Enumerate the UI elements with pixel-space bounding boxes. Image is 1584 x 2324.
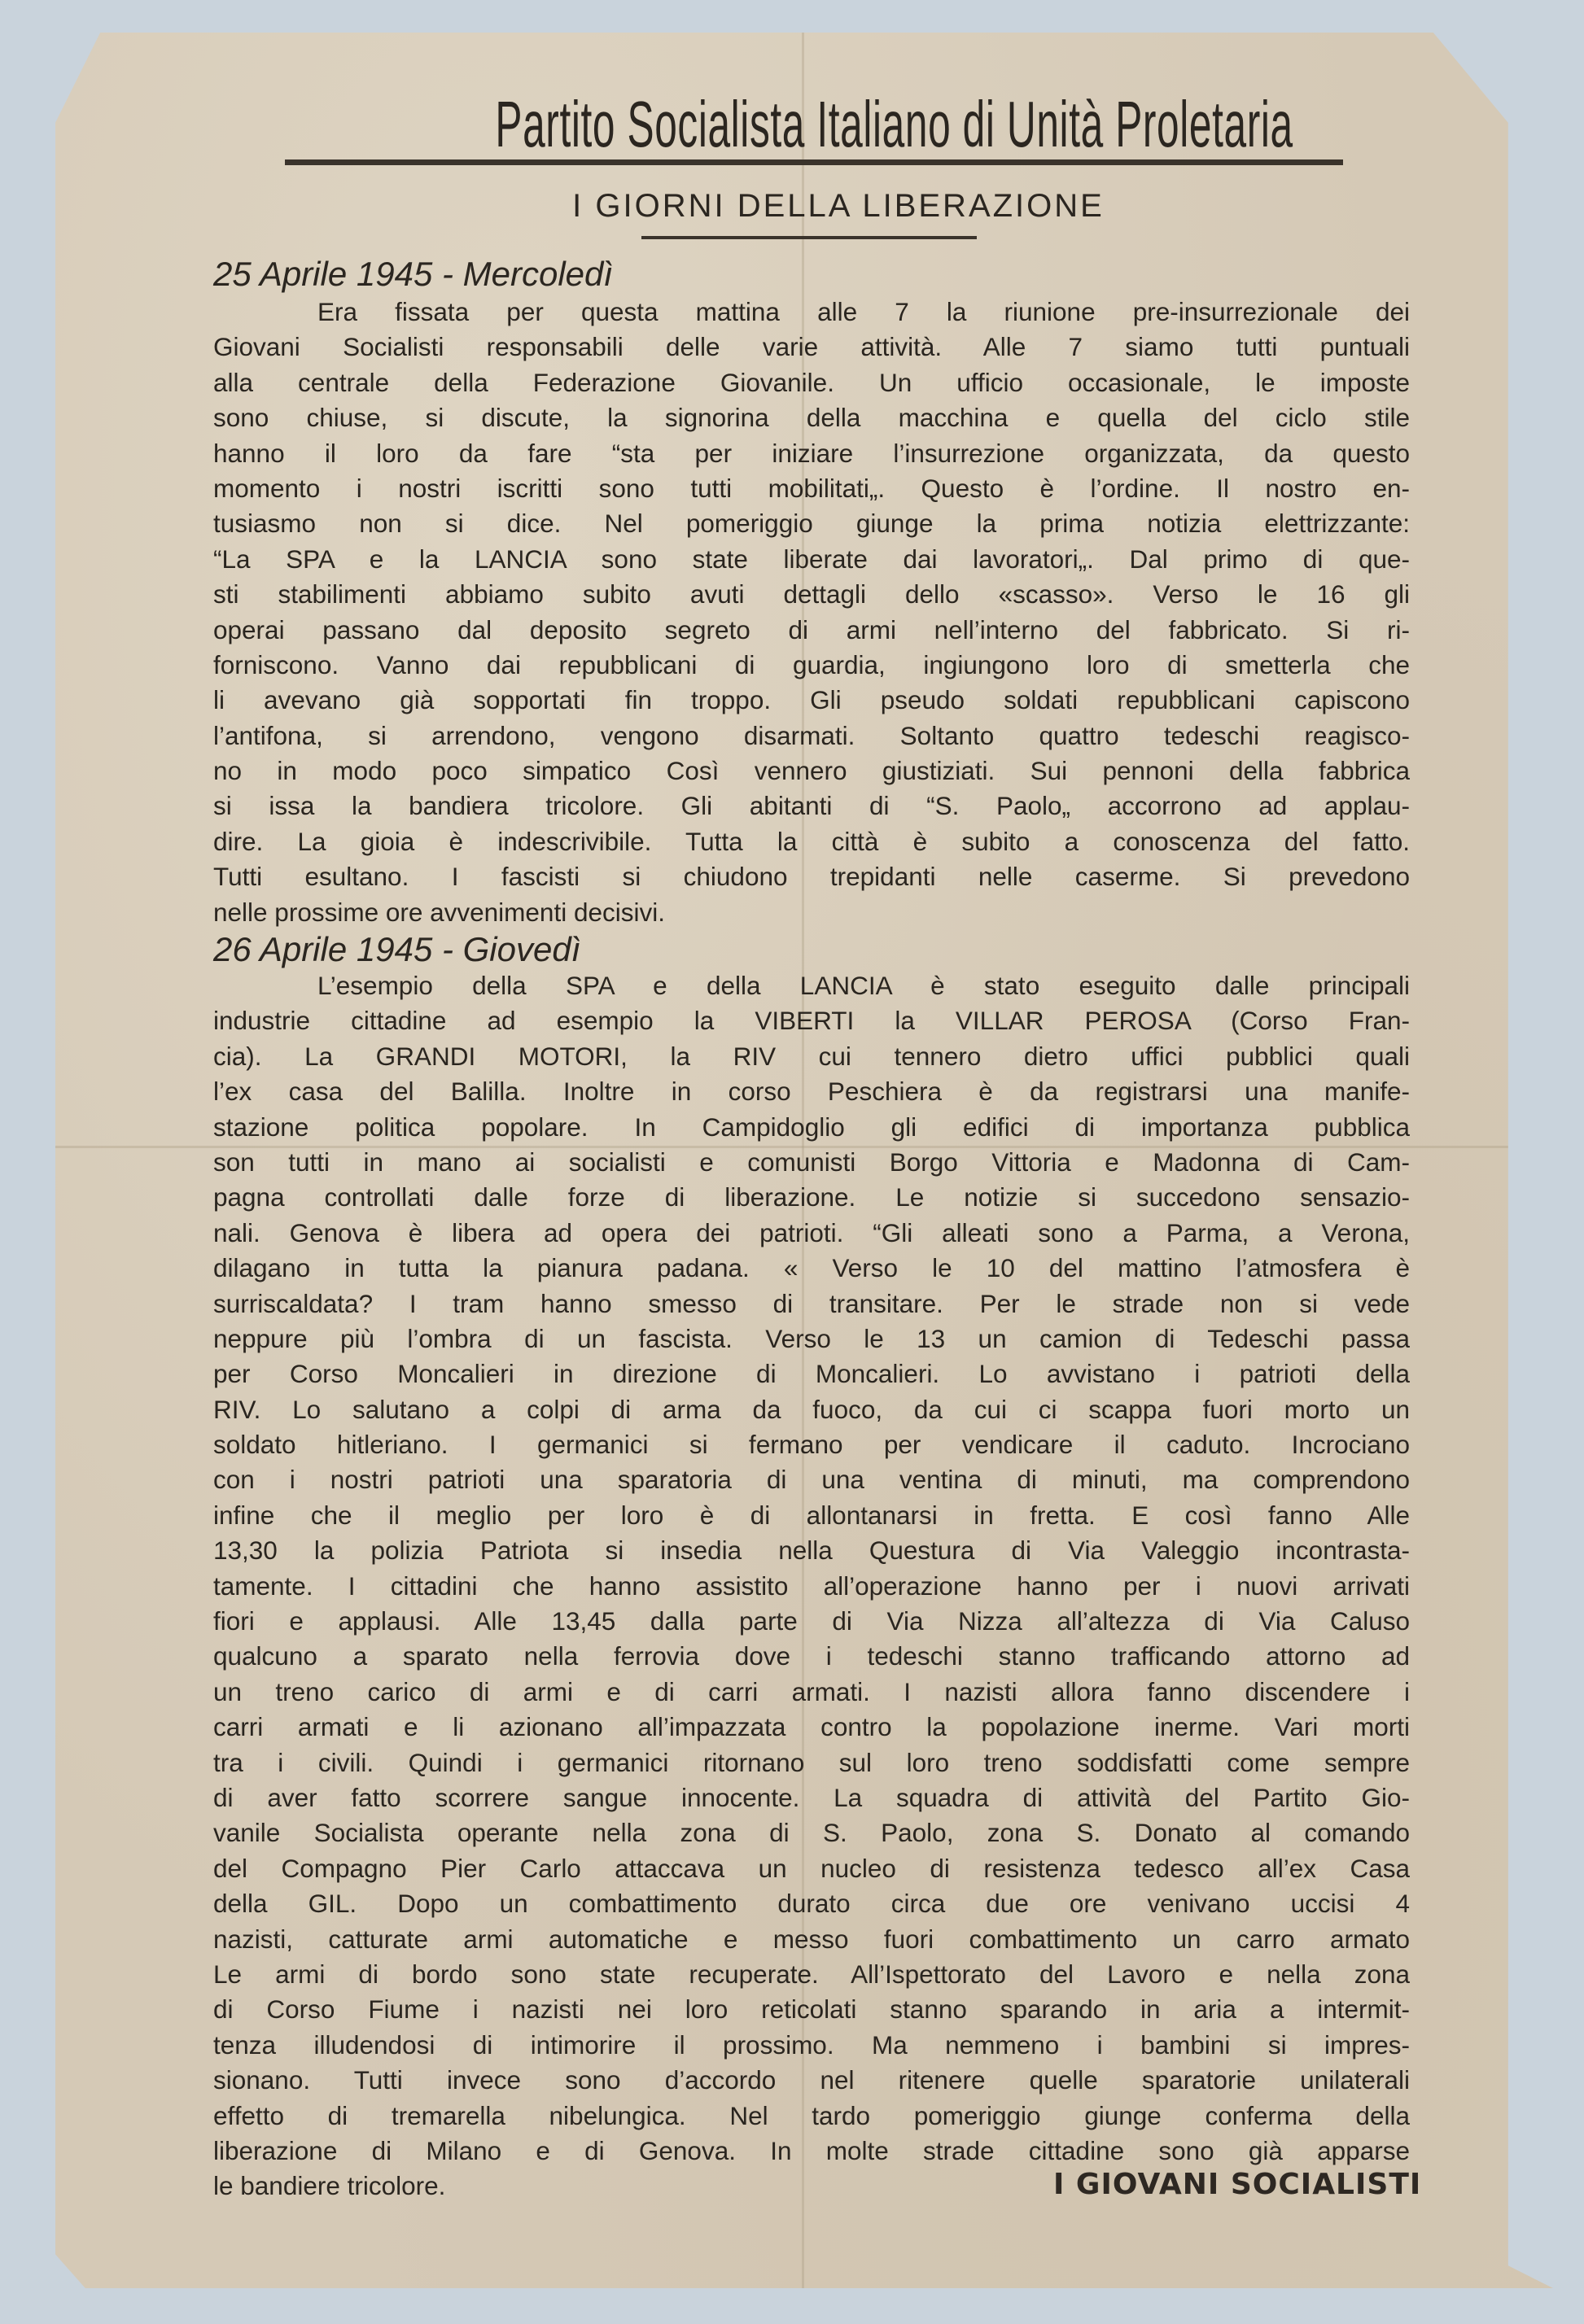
text-line: per Corso Moncalieri in direzione di Mon… [213,1356,1410,1391]
text-line: tusiasmo non si dice. Nel pomeriggio giu… [213,506,1410,541]
text-line: forniscono. Vanno dai repubblicani di gu… [213,648,1410,683]
text-line: Le armi di bordo sono state recuperate. … [213,1957,1410,1992]
text-line: dire. La gioia è indescrivibile. Tutta l… [213,824,1410,859]
text-line: operai passano dal deposito segreto di a… [213,613,1410,648]
text-line: no in modo poco simpatico Così vennero g… [213,754,1410,788]
leaflet-page: Partito Socialista Italiano di Unità Pro… [55,33,1553,2288]
section-date-25-april: 25 Aprile 1945 - Mercoledì [213,254,613,295]
text-line: fiori e applausi. Alle 13,45 dalla parte… [213,1604,1410,1639]
text-line: Era fissata per questa mattina alle 7 la… [213,295,1410,330]
document-subtitle: I GIORNI DELLA LIBERAZIONE [285,186,1392,226]
text-line: nazisti, catturate armi automatiche e me… [213,1922,1410,1957]
text-line: vanile Socialista operante nella zona di… [213,1815,1410,1850]
text-line: del Compagno Pier Carlo attaccava un nuc… [213,1851,1410,1886]
text-line: infine che il meglio per loro è di allon… [213,1498,1410,1533]
text-line: effetto di tremarella nibelungica. Nel t… [213,2099,1410,2134]
text-line: l’antifona, si arrendono, vengono disarm… [213,719,1410,754]
text-line: surriscaldata? I tram hanno smesso di tr… [213,1286,1410,1321]
text-line: Giovani Socialisti responsabili delle va… [213,330,1410,365]
text-line: l’ex casa del Balilla. Inoltre in corso … [213,1074,1410,1109]
text-line: Tutti esultano. I fascisti si chiudono t… [213,859,1410,894]
text-line: li avevano già sopportati fin troppo. Gl… [213,683,1410,718]
text-line: cia). La GRANDI MOTORI, la RIV cui tenne… [213,1039,1410,1074]
text-line: della GIL. Dopo un combattimento durato … [213,1886,1410,1921]
text-line: tra i civili. Quindi i germanici ritorna… [213,1745,1410,1780]
text-line: L’esempio della SPA e della LANCIA è sta… [213,968,1410,1003]
section-body-25-april: Era fissata per questa mattina alle 7 la… [213,295,1410,930]
text-line: “La SPA e la LANCIA sono state liberate … [213,542,1410,577]
text-line: nelle prossime ore avvenimenti decisivi. [213,895,1410,930]
text-line: alla centrale della Federazione Giovanil… [213,365,1410,400]
section-body-26-april: L’esempio della SPA e della LANCIA è sta… [213,968,1410,2204]
text-line: con i nostri patrioti una sparatoria di … [213,1462,1410,1497]
section-date-26-april: 26 Aprile 1945 - Giovedì [213,929,580,970]
text-line: un treno carico di armi e di carri armat… [213,1675,1410,1710]
text-line: pagna controllati dalle forze di liberaz… [213,1180,1410,1215]
text-line: hanno il loro da fare “sta per iniziare … [213,436,1410,471]
text-line: son tutti in mano ai socialisti e comuni… [213,1145,1410,1180]
signature: I GIOVANI SOCIALISTI [1053,2167,1421,2203]
text-line: tamente. I cittadini che hanno assistito… [213,1569,1410,1604]
subtitle-underline [641,236,977,239]
text-line: stazione politica popolare. In Campidogl… [213,1110,1410,1145]
text-line: sti stabilimenti abbiamo subito avuti de… [213,577,1410,612]
text-line: industrie cittadine ad esempio la VIBERT… [213,1003,1410,1038]
text-line: di aver fatto scorrere sangue innocente.… [213,1780,1410,1815]
text-line: sono chiuse, si discute, la signorina de… [213,400,1410,435]
text-line: momento i nostri iscritti sono tutti mob… [213,471,1410,506]
text-line: liberazione di Milano e di Genova. In mo… [213,2134,1410,2169]
text-line: qualcuno a sparato nella ferrovia dove i… [213,1639,1410,1674]
text-line: soldato hitleriano. I germanici si ferma… [213,1427,1410,1462]
text-line: si issa la bandiera tricolore. Gli abita… [213,788,1410,823]
text-line: dilagano in tutta la pianura padana. « V… [213,1251,1410,1286]
text-line: 13,30 la polizia Patriota si insedia nel… [213,1533,1410,1568]
text-line: nali. Genova è libera ad opera dei patri… [213,1216,1410,1251]
text-line: carri armati e li azionano all’impazzata… [213,1710,1410,1745]
text-line: RIV. Lo salutano a colpi di arma da fuoc… [213,1392,1410,1427]
text-line: sionano. Tutti invece sono d’accordo nel… [213,2063,1410,2098]
text-line: neppure più l’ombra di un fascista. Vers… [213,1321,1410,1356]
party-name-heading: Partito Socialista Italiano di Unità Pro… [495,88,1181,161]
heading-underline [285,159,1343,165]
text-line: di Corso Fiume i nazisti nei loro retico… [213,1992,1410,2027]
text-line: tenza illudendosi di intimorire il pross… [213,2028,1410,2063]
